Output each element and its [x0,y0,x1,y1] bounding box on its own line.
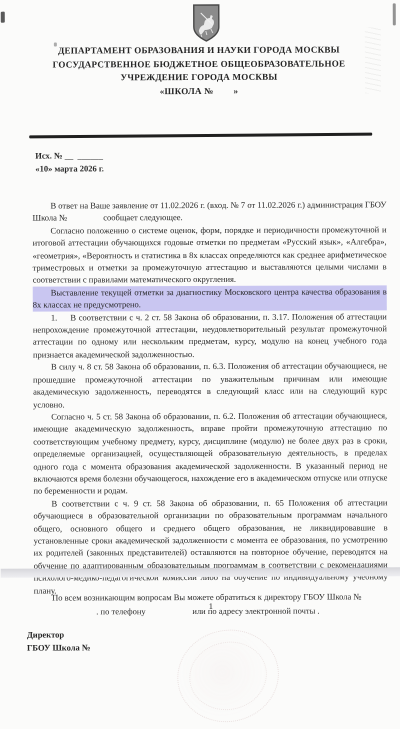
scan-content: ДЕПАРТАМЕНТ ОБРАЗОВАНИЯ И НАУКИ ГОРОДА М… [0,0,400,729]
letterhead: ДЕПАРТАМЕНТ ОБРАЗОВАНИЯ И НАУКИ ГОРОДА М… [17,43,381,98]
round-stamp-inner-ring [183,634,274,717]
paragraph-item-1: 1. В соответствии с ч. 2 ст. 58 Закона о… [33,310,387,361]
letterhead-line-2: ГОСУДАРСТВЕННОЕ БЮДЖЕТНОЕ ОБЩЕОБРАЗОВАТЕ… [17,57,381,72]
letter-body: В ответ на Ваше заявление от 11.02.2026 … [32,198,387,613]
paragraph-law-part9: В соответствии с ч. 9 ст. 58 Закона об о… [33,496,387,596]
paragraph-highlighted-statement: Выставление текущей отметки за диагности… [33,285,387,311]
scan-artifact-mark [393,3,396,25]
contact-paragraph: По всем возникающим вопросам Вы можете о… [39,590,375,618]
signature-org: ГБОУ Школа № [27,641,90,654]
letterhead-line-3: УЧРЕЖДЕНИЕ ГОРОДА МОСКВЫ [17,70,381,85]
signature-block: Директор ГБОУ Школа № [27,628,91,654]
scanned-letter-page: ДЕПАРТАМЕНТ ОБРАЗОВАНИЯ И НАУКИ ГОРОДА М… [0,0,400,729]
page-break-band [1,567,400,577]
paragraph-reply-intro: В ответ на Ваше заявление от 11.02.2026 … [32,198,386,224]
letter-date: «10» марта 2026 г. [35,162,104,175]
reference-block: Исх. № __ ______ «10» марта 2026 г. [35,149,104,175]
paragraph-grading-rules: Согласно положению о системе оценок, фор… [33,223,387,286]
contact-line-2: . по телефону или по адресу электронной … [39,604,375,619]
paragraph-law-part8: В силу ч. 8 ст. 58 Закона об образовании… [33,360,387,411]
letterhead-line-1: ДЕПАРТАМЕНТ ОБРАЗОВАНИЯ И НАУКИ ГОРОДА М… [17,43,381,58]
moscow-coat-of-arms-icon [193,4,220,42]
signature-title: Директор [27,628,90,641]
round-stamp [169,620,288,729]
paragraph-law-part5: Согласно ч. 5 ст. 58 Закона об образован… [33,409,387,497]
scan-artifact-mark [1,12,5,23]
letterhead-line-4: «ШКОЛА № » [17,84,381,99]
contact-line-1: По всем возникающим вопросам Вы можете о… [39,590,375,605]
letterhead-divider-rule [29,133,372,139]
outgoing-number: Исх. № __ ______ [35,149,104,162]
